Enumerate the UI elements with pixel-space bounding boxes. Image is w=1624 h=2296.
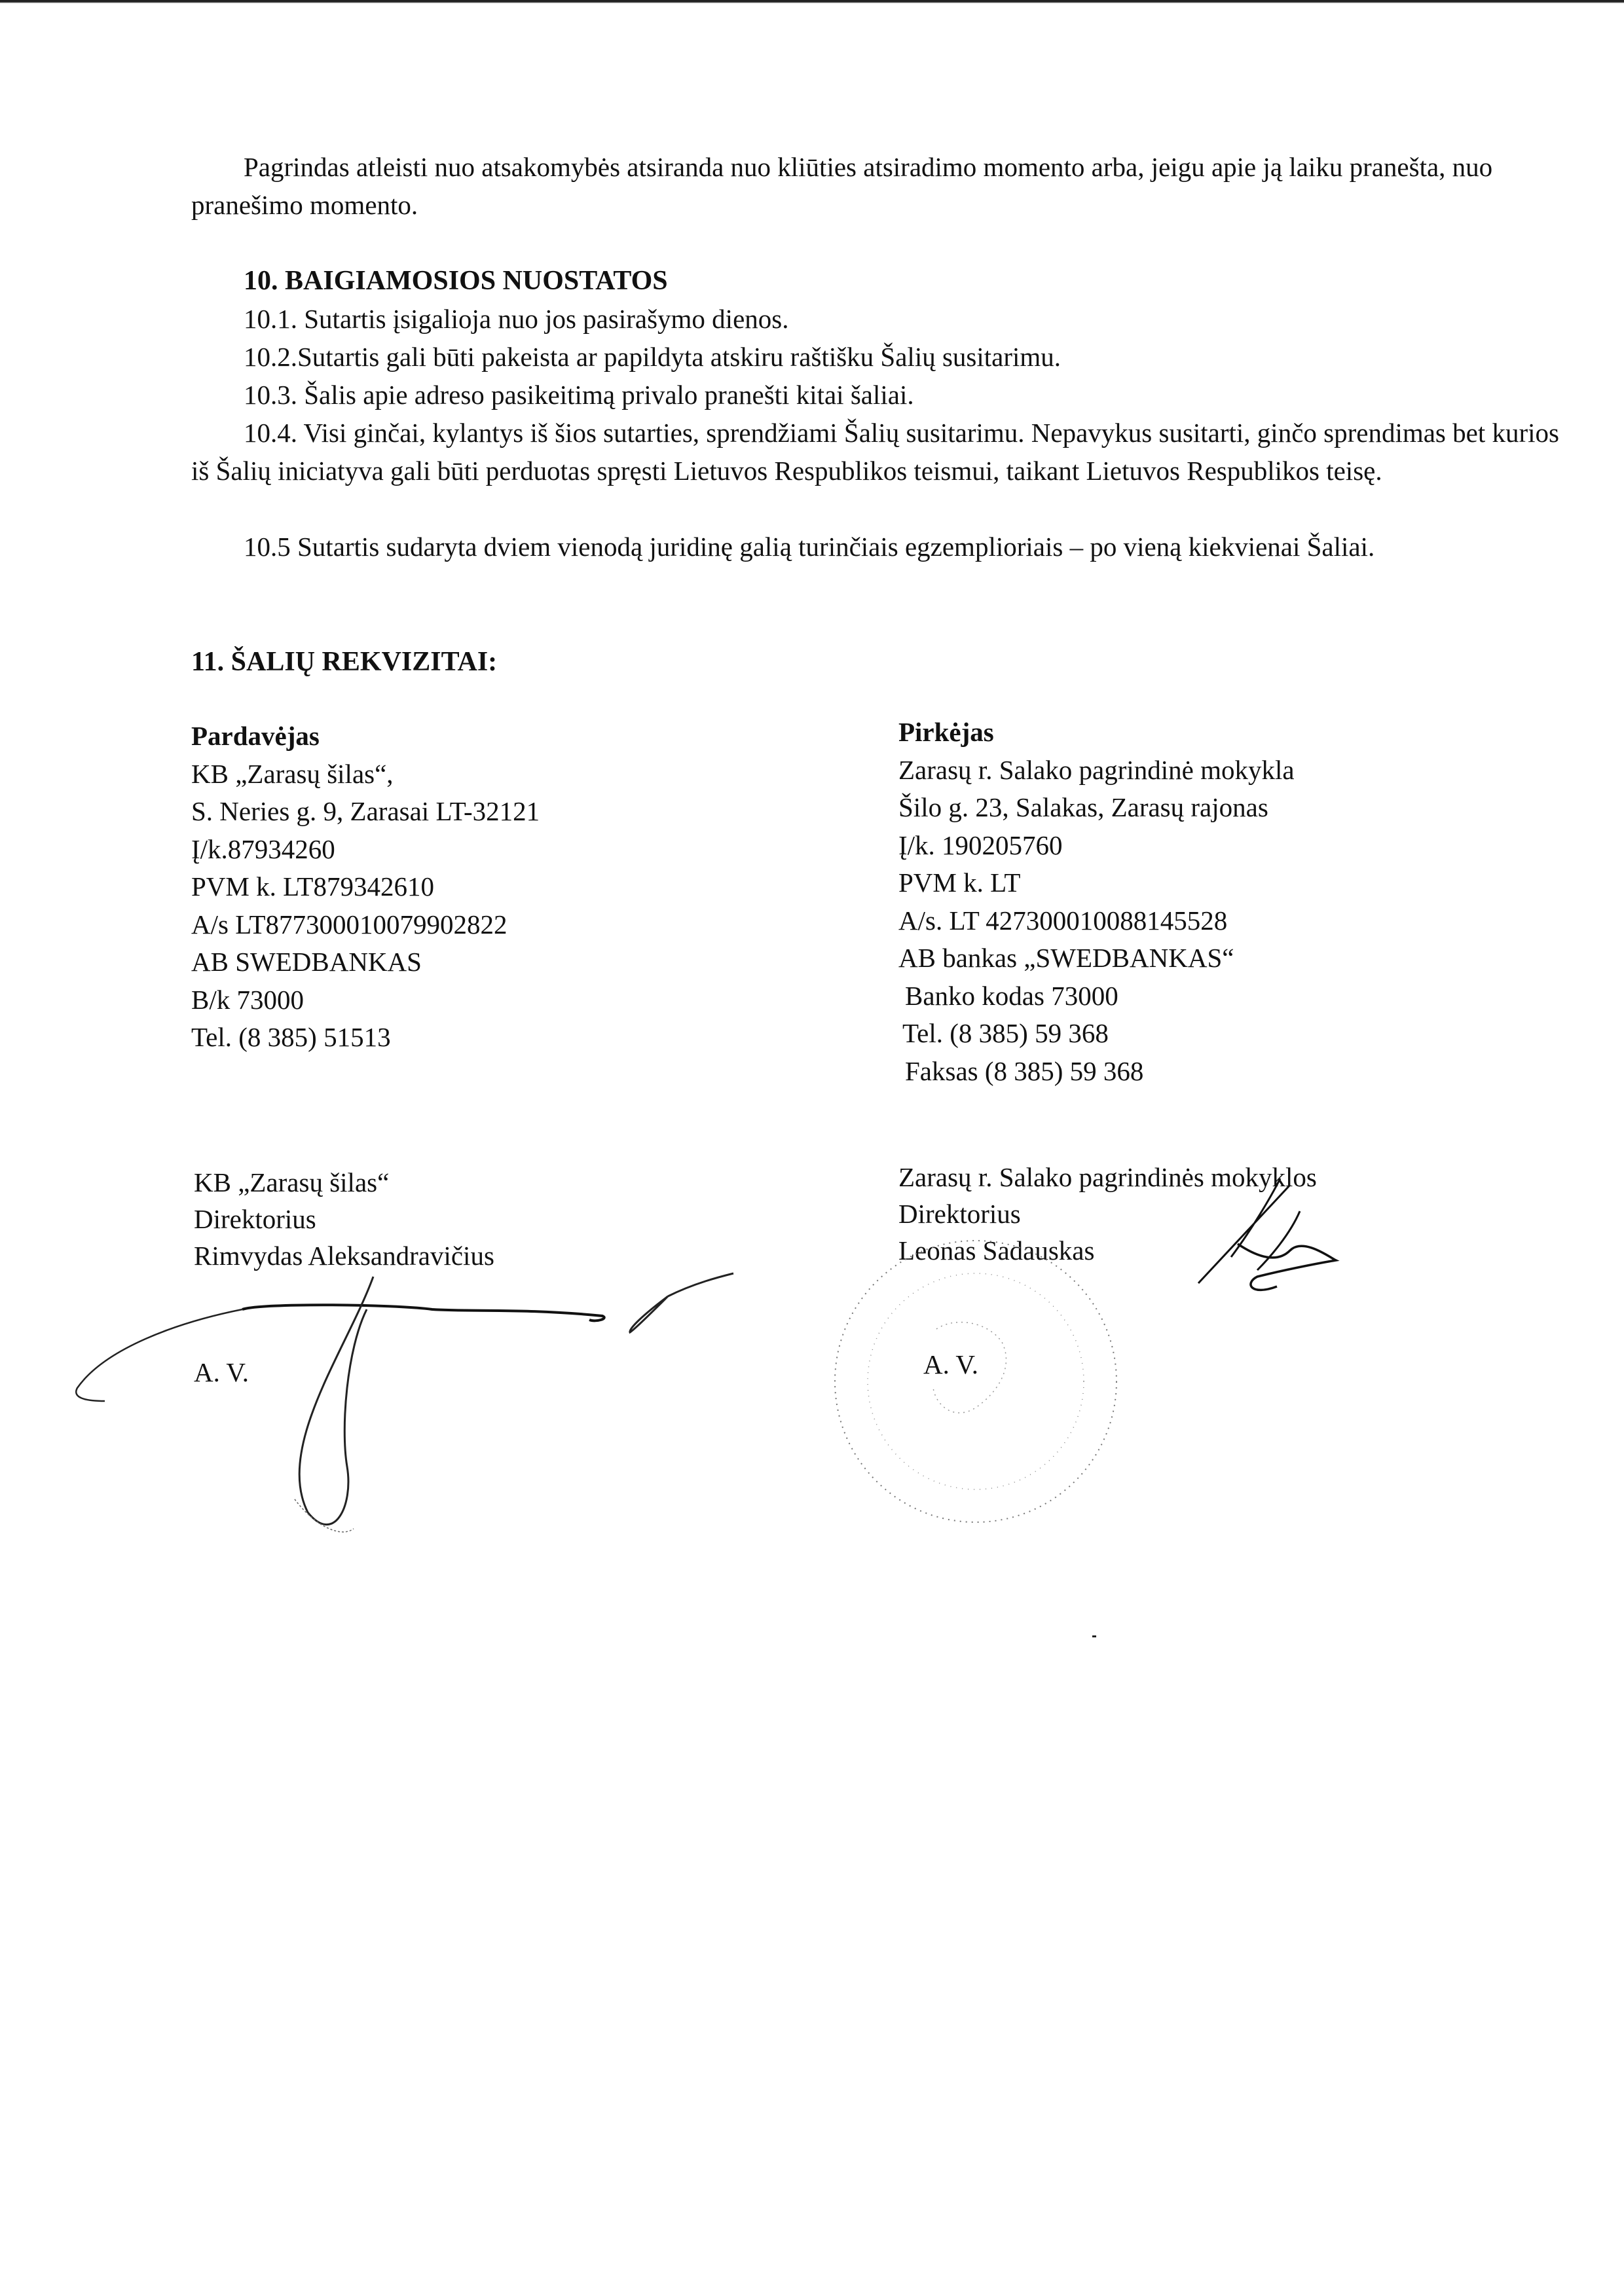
buyer-bank-code: Banko kodas 73000 xyxy=(898,977,1295,1015)
seller-details: Pardavėjas KB „Zarasų šilas“, S. Neries … xyxy=(191,718,540,1057)
buyer-name: Zarasų r. Salako pagrindinė mokykla xyxy=(898,752,1295,790)
clause-10-2: 10.2.Sutartis gali būti pakeista ar papi… xyxy=(244,338,1061,376)
clause-10-4: 10.4. Visi ginčai, kylantys iš šios suta… xyxy=(191,414,1560,490)
seller-company-code: Į/k.87934260 xyxy=(191,831,540,869)
buyer-account: A/s. LT 427300010088145528 xyxy=(898,902,1295,940)
scan-speck xyxy=(1092,1635,1096,1637)
seller-sign-title: Direktorius xyxy=(194,1201,494,1237)
buyer-details: Pirkėjas Zarasų r. Salako pagrindinė mok… xyxy=(898,714,1295,1090)
seller-sign-company: KB „Zarasų šilas“ xyxy=(194,1164,494,1201)
buyer-stamp-label: A. V. xyxy=(923,1349,978,1380)
seller-bank: AB SWEDBANKAS xyxy=(191,943,540,981)
seller-bank-code: B/k 73000 xyxy=(191,981,540,1019)
buyer-phone: Tel. (8 385) 59 368 xyxy=(898,1015,1295,1053)
seller-signature-block: KB „Zarasų šilas“ Direktorius Rimvydas A… xyxy=(194,1164,494,1274)
section-11-title: 11. ŠALIŲ REKVIZITAI: xyxy=(191,643,497,681)
seller-name: KB „Zarasų šilas“, xyxy=(191,756,540,793)
buyer-heading: Pirkėjas xyxy=(898,714,1295,752)
seller-heading: Pardavėjas xyxy=(191,718,540,756)
seller-vat-code: PVM k. LT879342610 xyxy=(191,868,540,906)
seller-sign-name: Rimvydas Aleksandravičius xyxy=(194,1237,494,1274)
scan-edge xyxy=(0,0,1624,3)
buyer-address: Šilo g. 23, Salakas, Zarasų rajonas xyxy=(898,789,1295,827)
intro-paragraph: Pagrindas atleisti nuo atsakomybės atsir… xyxy=(191,148,1553,224)
buyer-fax: Faksas (8 385) 59 368 xyxy=(898,1053,1295,1091)
buyer-bank: AB bankas „SWEDBANKAS“ xyxy=(898,939,1295,977)
section-10-title: 10. BAIGIAMOSIOS NUOSTATOS xyxy=(244,262,668,300)
buyer-company-code: Į/k. 190205760 xyxy=(898,827,1295,865)
official-stamp-icon xyxy=(825,1231,1166,1532)
seller-phone: Tel. (8 385) 51513 xyxy=(191,1019,540,1057)
seller-account: A/s LT877300010079902822 xyxy=(191,906,540,944)
seller-address: S. Neries g. 9, Zarasai LT-32121 xyxy=(191,793,540,831)
clause-10-3: 10.3. Šalis apie adreso pasikeitimą priv… xyxy=(244,376,914,414)
clause-10-1: 10.1. Sutartis įsigalioja nuo jos pasira… xyxy=(244,300,788,338)
seller-signature-icon xyxy=(65,1270,786,1532)
buyer-vat-code: PVM k. LT xyxy=(898,864,1295,902)
clause-10-5: 10.5 Sutartis sudaryta dviem vienodą jur… xyxy=(191,528,1553,566)
buyer-signature-icon xyxy=(1192,1172,1362,1296)
